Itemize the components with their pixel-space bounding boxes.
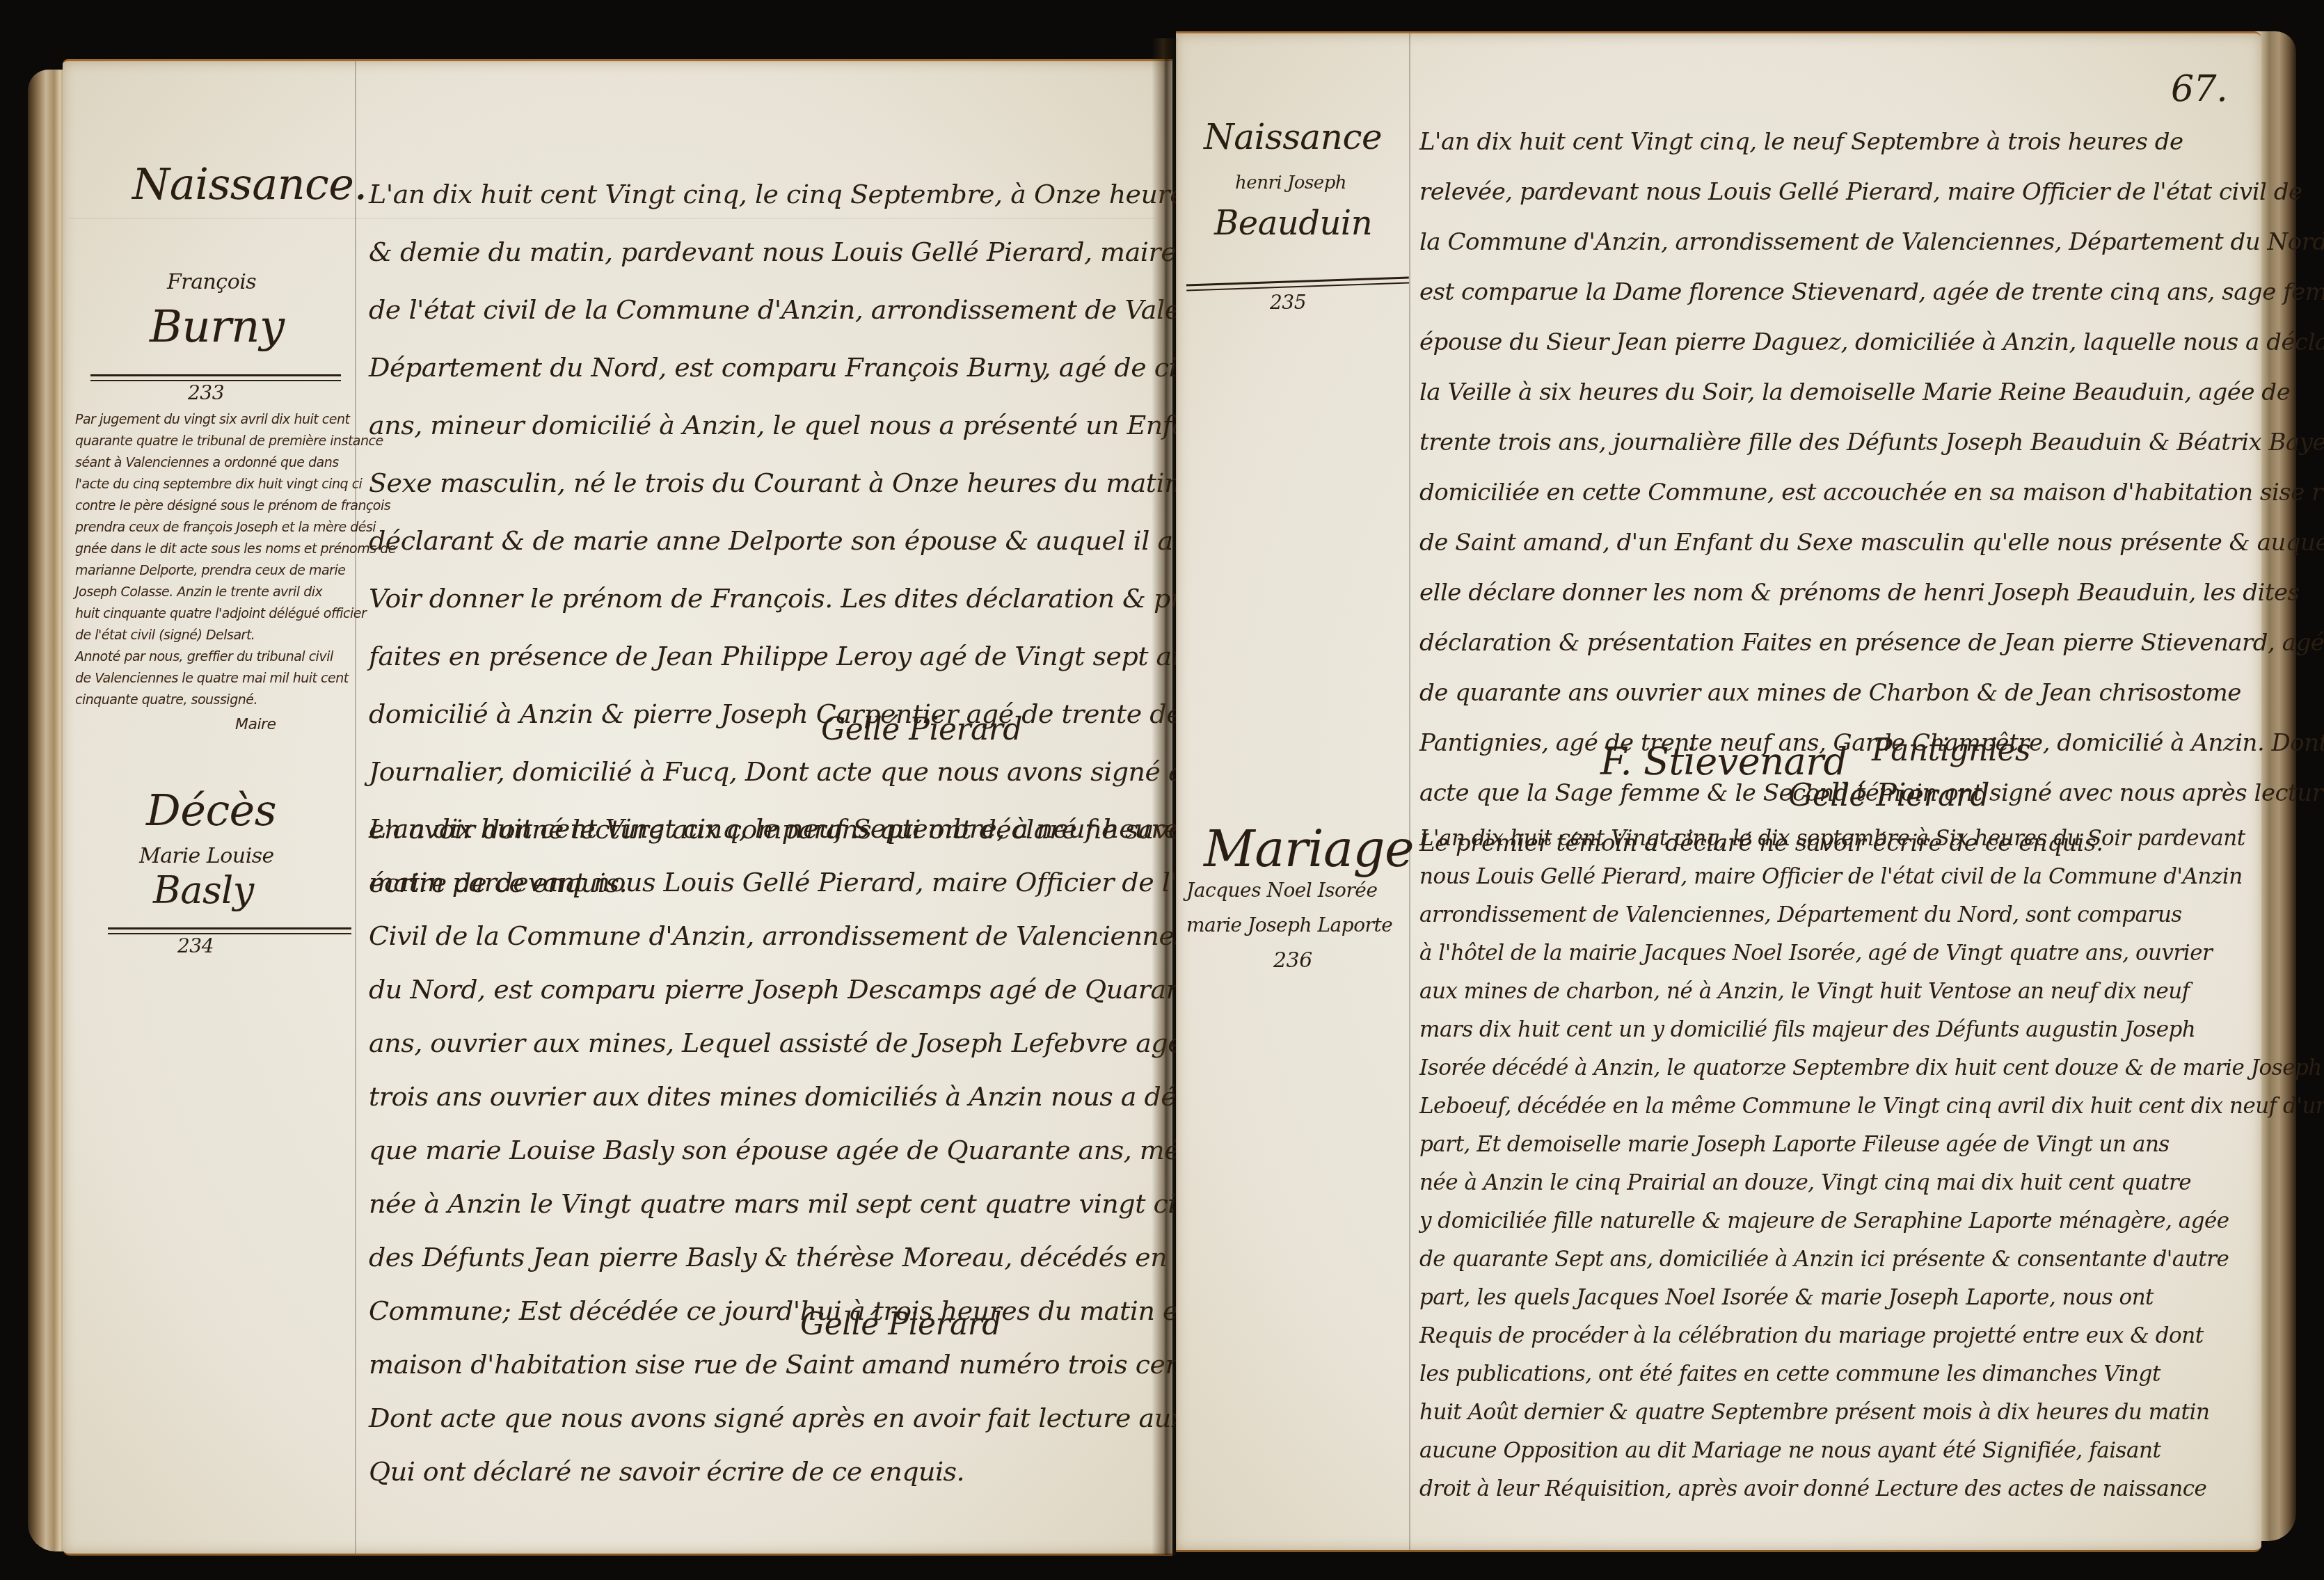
annotation-line: de l'état civil (signé) Delsart. — [75, 625, 353, 646]
annotation-line: cinquante quatre, soussigné. — [75, 689, 353, 711]
body-line: de quarante Sept ans, domiciliée à Anzin… — [1419, 1240, 2247, 1279]
body-line: Civil de la Commune d'Anzin, arrondissem… — [369, 909, 1155, 963]
body-line: née à Anzin le Vingt quatre mars mil sep… — [369, 1177, 1155, 1231]
body-line: Requis de procéder à la célébration du m… — [1419, 1317, 2247, 1355]
body-line: est comparue la Dame florence Stievenard… — [1419, 267, 2247, 317]
margin-given-name: Marie Louise — [139, 844, 274, 868]
annotation-line: Joseph Colasse. Anzin le trente avril di… — [75, 582, 353, 603]
body-line: née à Anzin le cinq Prairial an douze, V… — [1419, 1164, 2247, 1202]
right-page: 67. Naissance henri Joseph Beauduin 235 … — [1176, 31, 2261, 1552]
body-line: déclarant & de marie anne Delporte son é… — [369, 512, 1155, 570]
body-line: la Commune d'Anzin, arrondissement de Va… — [1419, 217, 2247, 267]
book-gutter — [1152, 38, 1178, 1555]
act-body: L'an dix huit cent Vingt cinq, le dix se… — [1419, 820, 2247, 1508]
act-body: L'an dix huit cent Vingt cinq, le cinq S… — [369, 166, 1155, 907]
body-line: trente trois ans, journalière fille des … — [1419, 417, 2247, 468]
body-line: L'an dix huit cent Vingt cinq, le neuf S… — [369, 802, 1155, 856]
margin-rule — [355, 61, 356, 1554]
body-line: Dont acte que nous avons signé après en … — [369, 1391, 1155, 1445]
body-line: part, Et demoiselle marie Joseph Laporte… — [1419, 1126, 2247, 1164]
body-line: Qui ont déclaré ne savoir écrire de ce e… — [369, 1445, 1155, 1499]
body-line: & demie du matin, pardevant nous Louis G… — [369, 223, 1155, 281]
body-line: part, les quels Jacques Noel Isorée & ma… — [1419, 1279, 2247, 1317]
annotation-line: de Valenciennes le quatre mai mil huit c… — [75, 668, 353, 689]
section-divider — [90, 374, 341, 381]
body-line: huit Août dernier & quatre Septembre pré… — [1419, 1394, 2247, 1432]
officer-signature: Gellé Pierard — [800, 1307, 1001, 1342]
body-line: ans, ouvrier aux mines, Lequel assisté d… — [369, 1016, 1155, 1070]
left-page: Naissance. François Burny 233 Par jugeme… — [63, 59, 1172, 1556]
body-line: Commune; Est décédée ce jourd'hui à troi… — [369, 1284, 1155, 1338]
margin-title: Naissance — [1204, 117, 1382, 157]
body-line: du Nord, est comparu pierre Joseph Desca… — [369, 963, 1155, 1016]
act-number: 234 — [177, 934, 214, 957]
act-body: L'an dix huit cent Vingt cinq, le neuf S… — [369, 802, 1155, 1499]
body-line: faites en présence de Jean Philippe Lero… — [369, 628, 1155, 685]
margin-rule — [1409, 33, 1410, 1550]
body-line: de quarante ans ouvrier aux mines de Cha… — [1419, 668, 2247, 718]
annotation-line: quarante quatre le tribunal de première … — [75, 431, 353, 452]
margin-bride: marie Joseph Laporte — [1186, 913, 1392, 936]
body-line: Journalier, domicilié à Fucq, Dont acte … — [369, 743, 1155, 801]
body-line: de l'état civil de la Commune d'Anzin, a… — [369, 281, 1155, 339]
body-line: nous Louis Gellé Pierard, maire Officier… — [1419, 858, 2247, 896]
annotation-line: gnée dans le dit acte sous les noms et p… — [75, 538, 353, 560]
officer-signature: Gellé Pierard — [1788, 778, 1989, 813]
body-line: déclaration & présentation Faites en pré… — [1419, 618, 2247, 668]
annotation-line: séant à Valenciennes a ordonné que dans — [75, 452, 353, 474]
body-line: des Défunts Jean pierre Basly & thérèse … — [369, 1231, 1155, 1284]
body-line: relevée, pardevant nous Louis Gellé Pier… — [1419, 167, 2247, 217]
margin-title: Décès — [146, 785, 276, 836]
body-line: arrondissement de Valenciennes, Départem… — [1419, 896, 2247, 934]
annotation-line: marianne Delporte, prendra ceux de marie — [75, 560, 353, 582]
act-number: 233 — [188, 381, 224, 404]
annotation-line: Par jugement du vingt six avril dix huit… — [75, 409, 353, 431]
witness-signature: F. Stievenard — [1600, 740, 1847, 783]
body-line: les publications, ont été faites en cett… — [1419, 1355, 2247, 1394]
body-line: mars dix huit cent un y domicilié fils m… — [1419, 1011, 2247, 1049]
witness-signature: Pantignies — [1872, 733, 2030, 768]
body-line: ans, mineur domicilié à Anzin, le quel n… — [369, 397, 1155, 454]
body-line: Isorée décédé à Anzin, le quatorze Septe… — [1419, 1049, 2247, 1087]
body-line: droit à leur Réquisition, après avoir do… — [1419, 1470, 2247, 1508]
body-line: L'an dix huit cent Vingt cinq, le dix se… — [1419, 820, 2247, 858]
body-line: aucune Opposition au dit Mariage ne nous… — [1419, 1432, 2247, 1470]
body-line: elle déclare donner les nom & prénoms de… — [1419, 568, 2247, 618]
margin-surname: Basly — [153, 868, 254, 912]
body-line: L'an dix huit cent Vingt cinq, le cinq S… — [369, 166, 1155, 223]
body-line: que marie Louise Basly son épouse agée d… — [369, 1124, 1155, 1177]
act-number: 235 — [1270, 291, 1306, 314]
body-line: aux mines de charbon, né à Anzin, le Vin… — [1419, 973, 2247, 1011]
body-line: Sexe masculin, né le trois du Courant à … — [369, 454, 1155, 512]
body-line: L'an dix huit cent Vingt cinq, le neuf S… — [1419, 117, 2247, 167]
act-number: 236 — [1273, 948, 1312, 973]
page-number: 67. — [2171, 68, 2227, 110]
margin-given-name: François — [167, 270, 256, 294]
margin-surname: Burny — [150, 301, 285, 353]
annotation-line: l'acte du cinq septembre dix huit vingt … — [75, 474, 353, 495]
annotation-signature: Maire — [75, 711, 353, 739]
annotation-line: Annoté par nous, greffier du tribunal ci… — [75, 646, 353, 668]
annotation-line: contre le père désigné sous le prénom de… — [75, 495, 353, 517]
margin-title: Mariage — [1204, 820, 1414, 878]
annotation-line: prendra ceux de françois Joseph et la mè… — [75, 517, 353, 538]
margin-title: Naissance. — [132, 159, 367, 209]
margin-surname: Beauduin — [1214, 204, 1372, 243]
section-divider — [1186, 276, 1409, 291]
body-line: de Saint amand, d'un Enfant du Sexe masc… — [1419, 518, 2247, 568]
section-divider — [108, 927, 351, 934]
margin-given-name: henri Joseph — [1235, 173, 1346, 193]
body-line: Département du Nord, est comparu Françoi… — [369, 339, 1155, 397]
body-line: trois ans ouvrier aux dites mines domici… — [369, 1070, 1155, 1124]
body-line: domiciliée en cette Commune, est accouch… — [1419, 468, 2247, 518]
marginal-annotation: Par jugement du vingt six avril dix huit… — [75, 409, 353, 739]
body-line: y domiciliée fille naturelle & majeure d… — [1419, 1202, 2247, 1240]
annotation-line: huit cinquante quatre l'adjoint délégué … — [75, 603, 353, 625]
body-line: Leboeuf, décédée en la même Commune le V… — [1419, 1087, 2247, 1126]
body-line: domicilié à Anzin & pierre Joseph Carpen… — [369, 685, 1155, 743]
body-line: matin pardevant nous Louis Gellé Pierard… — [369, 856, 1155, 909]
margin-groom: Jacques Noel Isorée — [1186, 879, 1378, 902]
body-line: la Veille à six heures du Soir, la demoi… — [1419, 367, 2247, 417]
body-line: à l'hôtel de la mairie Jacques Noel Isor… — [1419, 934, 2247, 973]
body-line: Voir donner le prénom de François. Les d… — [369, 570, 1155, 628]
body-line: maison d'habitation sise rue de Saint am… — [369, 1338, 1155, 1391]
open-register-book: Naissance. François Burny 233 Par jugeme… — [0, 0, 2324, 1580]
officer-signature: Gellé Pierard — [821, 712, 1022, 747]
body-line: épouse du Sieur Jean pierre Daguez, domi… — [1419, 317, 2247, 367]
